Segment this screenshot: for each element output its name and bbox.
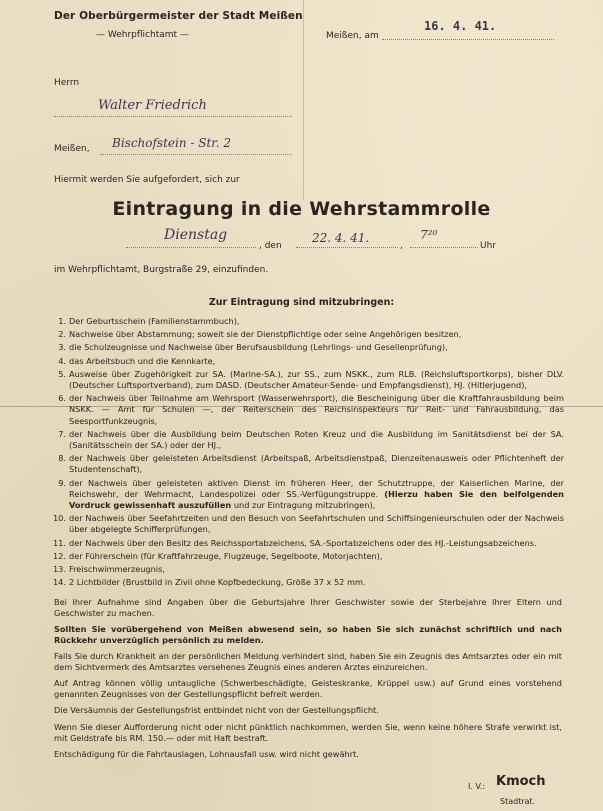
fold-crease-vertical [303, 0, 304, 200]
item-text-tail: und zur Eintragung mitzubringen), [231, 500, 375, 510]
note-penalty: Wenn Sie dieser Aufforderung nicht oder … [54, 722, 562, 744]
item-number: 2. [52, 329, 69, 340]
day-handwritten: Dienstag [164, 227, 227, 243]
requirements-list: 1.Der Geburtsschein (Familienstammbuch),… [52, 316, 564, 590]
note-absence: Sollten Sie vorübergehend von Meißen abw… [54, 624, 562, 646]
list-item: 8.der Nachweis über geleisteten Arbeitsd… [52, 453, 564, 475]
item-text: der Nachweis über den Besitz des Reichss… [69, 538, 564, 549]
item-text: Freischwimmerzeugnis, [69, 564, 564, 575]
signature-prefix: I. V.: [468, 782, 485, 791]
item-text: der Nachweis über die Ausbildung beim De… [69, 429, 564, 451]
item-text: 2 Lichtbilder (Brustbild in Zivil ohne K… [69, 577, 564, 588]
list-item: 4.das Arbeitsbuch und die Kennkarte, [52, 356, 564, 367]
list-item: 2.Nachweise über Abstammung; soweit sie … [52, 329, 564, 340]
city-label: Meißen, [54, 144, 90, 154]
note-compensation: Entschädigung für die Fahrtauslagen, Loh… [54, 749, 562, 760]
item-text: der Führerschein (für Kraftfahrzeuge, Fl… [69, 551, 564, 562]
item-text: der Nachweis über Teilnahme am Wehrsport… [69, 393, 564, 427]
list-item: 10.der Nachweis über Seefahrtzeiten und … [52, 513, 564, 535]
item-number: 4. [52, 356, 69, 367]
item-text: Nachweise über Abstammung; soweit sie de… [69, 329, 564, 340]
office-name: — Wehrpflichtamt — [96, 30, 189, 40]
list-item: 3.die Schulzeugnisse und Nachweise über … [52, 342, 564, 353]
issuer-heading: Der Oberbürgermeister der Stadt Meißen [54, 10, 303, 22]
item-number: 13. [52, 564, 69, 575]
item-number: 3. [52, 342, 69, 353]
item-text: Ausweise über Zugehörigkeit zur SA. (Mar… [69, 369, 564, 391]
signature-name: Kmoch [496, 774, 546, 789]
list-item: 1.Der Geburtsschein (Familienstammbuch), [52, 316, 564, 327]
list-item: 11.der Nachweis über den Besitz des Reic… [52, 538, 564, 549]
uhr-label: Uhr [480, 241, 496, 251]
item-number: 10. [52, 513, 69, 535]
item-text: Der Geburtsschein (Familienstammbuch), [69, 316, 564, 327]
summons-intro: Hiermit werden Sie aufgefordert, sich zu… [54, 175, 240, 185]
item-number: 12. [52, 551, 69, 562]
item-number: 8. [52, 453, 69, 475]
item-number: 7. [52, 429, 69, 451]
appointment-time-handwritten: 7²⁰ [420, 228, 437, 242]
appointment-date-handwritten: 22. 4. 41. [312, 231, 369, 245]
salutation: Herrn [54, 78, 79, 88]
list-item: 6.der Nachweis über Teilnahme am Wehrspo… [52, 393, 564, 427]
list-item: 12.der Führerschein (für Kraftfahrzeuge,… [52, 551, 564, 562]
den-label: , den [259, 241, 282, 251]
appointment-place: im Wehrpflichtamt, Burgstraße 29, einzuf… [54, 265, 268, 275]
street-handwritten: Bischofstein - Str. 2 [112, 136, 231, 150]
item-text: das Arbeitsbuch und die Kennkarte, [69, 356, 564, 367]
item-text: die Schulzeugnisse und Nachweise über Be… [69, 342, 564, 353]
list-item: 5.Ausweise über Zugehörigkeit zur SA. (M… [52, 369, 564, 391]
item-number: 6. [52, 393, 69, 427]
recipient-name-handwritten: Walter Friedrich [98, 98, 207, 113]
place-date-label: Meißen, am [326, 31, 379, 41]
list-item: 9.der Nachweis über geleisteten aktiven … [52, 478, 564, 512]
item-number: 9. [52, 478, 69, 512]
list-item: 7.der Nachweis über die Ausbildung beim … [52, 429, 564, 451]
list-item: 13.Freischwimmerzeugnis, [52, 564, 564, 575]
requirements-heading: Zur Eintragung sind mitzubringen: [0, 297, 603, 308]
comma-separator: , [400, 241, 403, 251]
date-stamp: 16. 4. 41. [424, 19, 496, 33]
item-number: 14. [52, 577, 69, 588]
item-text: der Nachweis über geleisteten aktiven Di… [69, 478, 564, 512]
item-number: 5. [52, 369, 69, 391]
note-deadline: Die Versäumnis der Gestellungsfrist entb… [54, 705, 562, 716]
item-text: der Nachweis über geleisteten Arbeitsdie… [69, 453, 564, 475]
note-exemption: Auf Antrag können völlig untaugliche (Sc… [54, 678, 562, 700]
item-number: 1. [52, 316, 69, 327]
note-illness: Falls Sie durch Krankheit an der persönl… [54, 651, 562, 673]
item-text: der Nachweis über Seefahrtzeiten und den… [69, 513, 564, 535]
item-number: 11. [52, 538, 69, 549]
signature-title: Stadtrat. [500, 797, 535, 806]
list-item: 14.2 Lichtbilder (Brustbild in Zivil ohn… [52, 577, 564, 588]
document-title: Eintragung in die Wehrstammrolle [0, 198, 603, 220]
note-siblings-info: Bei Ihrer Aufnahme sind Angaben über die… [54, 597, 562, 619]
